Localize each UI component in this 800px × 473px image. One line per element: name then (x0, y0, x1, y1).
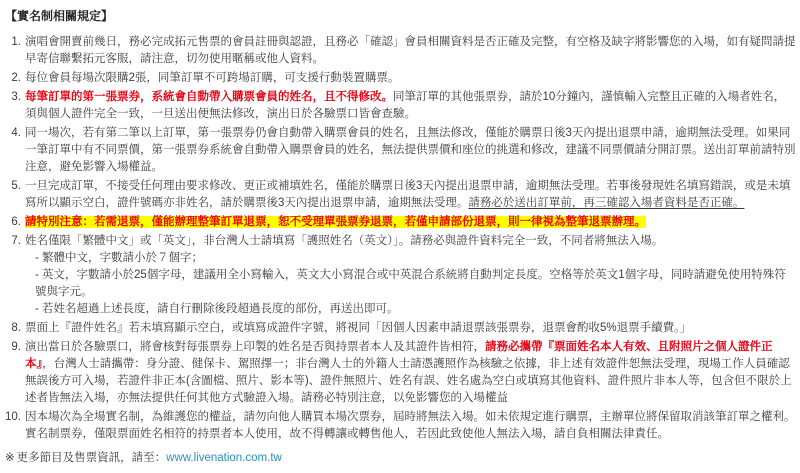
sub-list-item: - 英文，字數請小於25個字母，建議用全小寫輸入，英文大小寫混合或中英混合系統將… (25, 267, 796, 301)
text-segment-normal: ，台灣人士請攜帶：身分證、健保卡、駕照擇一；非台灣人士的外籍人士請憑護照作為核驗… (25, 358, 792, 404)
text-segment-highlight: 請特別注意：若需退票，僅能辦理整筆訂單退票，恕不受理單張票券退票，若僅申請部份退… (25, 216, 646, 228)
text-segment-normal: 因本場次為全場實名制，為維護您的權益，請勿向他人購買本場次票券，屆時將無法入場。… (25, 411, 796, 440)
footer-note: ※ 更多節目及售票資訊，請至：www.livenation.com.tw (5, 450, 796, 467)
list-item: 5.一旦完成訂單，不接受任何理由要求修改、更正或補填姓名，僅能於購票日後3天內提… (5, 178, 796, 212)
item-text: 同一場次，若有第二筆以上訂單，第一張票券仍會自動帶入購票會員的姓名，且無法修改，… (25, 125, 796, 176)
text-segment-normal: 同一場次，若有第二筆以上訂單，第一張票券仍會自動帶入購票會員的姓名，且無法修改，… (25, 127, 796, 173)
rules-list: 1.演唱會開賣前幾日，務必完成拓元售票的會員註冊與認證，且務必「確認」會員相關資… (5, 34, 796, 443)
text-segment-normal: 每位會員每場次限購2張，同筆訂單不可跨場訂購，可支援行動裝置購票。 (25, 72, 399, 84)
list-item: 6.請特別注意：若需退票，僅能辦理整筆訂單退票，恕不受理單張票券退票，若僅申請部… (5, 214, 796, 231)
sub-list-item: - 繁體中文，字數請小於７個字； (25, 250, 796, 267)
regulations-page: 【實名制相關規定】 1.演唱會開賣前幾日，務必完成拓元售票的會員註冊與認證，且務… (0, 0, 800, 473)
list-item: 10.因本場次為全場實名制，為維護您的權益，請勿向他人購買本場次票券，屆時將無法… (5, 409, 796, 443)
item-text: 姓名僅限「繁體中文」或「英文」，非台灣人士請填寫「護照姓名（英文）」。請務必與證… (25, 233, 796, 318)
item-text: 每位會員每場次限購2張，同筆訂單不可跨場訂購，可支援行動裝置購票。 (25, 70, 796, 87)
list-item: 2.每位會員每場次限購2張，同筆訂單不可跨場訂購，可支援行動裝置購票。 (5, 70, 796, 87)
footer-text: 更多節目及售票資訊，請至：www.livenation.com.tw (17, 450, 282, 467)
item-number: 4. (5, 125, 21, 142)
text-segment-underline: 請務必於送出訂單前，再三確認入場者資料是否正確。 (468, 197, 744, 209)
list-item: 9.演出當日於各驗票口，將會核對每張票券上印製的姓名是否與持票者本人及其證件皆相… (5, 339, 796, 407)
item-number: 5. (5, 178, 21, 195)
text-segment-normal: 姓名僅限「繁體中文」或「英文」，非台灣人士請填寫「護照姓名（英文）」。請務必與證… (25, 235, 663, 247)
item-text: 演唱會開賣前幾日，務必完成拓元售票的會員註冊與認證，且務必「確認」會員相關資料是… (25, 34, 796, 68)
item-number: 9. (5, 339, 21, 356)
text-segment-normal: 票面上『證件姓名』若未填寫顯示空白，或填寫成證件字號，將視同「因個人因素申請退票… (25, 322, 691, 334)
item-text: 請特別注意：若需退票，僅能辦理整筆訂單退票，恕不受理單張票券退票，若僅申請部份退… (25, 214, 796, 231)
item-number: 6. (5, 214, 21, 231)
item-number: 2. (5, 70, 21, 87)
text-segment-red: 每筆訂單的第一張票券，系統會自動帶入購票會員的姓名，且不得修改。 (25, 91, 393, 103)
sub-list-item: - 若姓名超過上述長度，請自行刪除後段超過長度的部份，再送出即可。 (25, 301, 796, 318)
item-number: 7. (5, 233, 21, 250)
list-item: 4.同一場次，若有第二筆以上訂單，第一張票券仍會自動帶入購票會員的姓名，且無法修… (5, 125, 796, 176)
item-text: 票面上『證件姓名』若未填寫顯示空白，或填寫成證件字號，將視同「因個人因素申請退票… (25, 320, 796, 337)
item-text: 每筆訂單的第一張票券，系統會自動帶入購票會員的姓名，且不得修改。同筆訂單的其他張… (25, 89, 796, 123)
item-number: 8. (5, 320, 21, 337)
text-segment-normal: 演唱會開賣前幾日，務必完成拓元售票的會員註冊與認證，且務必「確認」會員相關資料是… (25, 36, 796, 65)
list-item: 3.每筆訂單的第一張票券，系統會自動帶入購票會員的姓名，且不得修改。同筆訂單的其… (5, 89, 796, 123)
reference-mark: ※ (5, 450, 15, 467)
list-item: 7.姓名僅限「繁體中文」或「英文」，非台灣人士請填寫「護照姓名（英文）」。請務必… (5, 233, 796, 318)
text-segment-normal: 演出當日於各驗票口，將會核對每張票券上印製的姓名是否與持票者本人及其證件皆相符， (25, 341, 485, 353)
item-number: 3. (5, 89, 21, 106)
item-text: 一旦完成訂單，不接受任何理由要求修改、更正或補填姓名，僅能於購票日後3天內提出退… (25, 178, 796, 212)
livenation-link[interactable]: www.livenation.com.tw (166, 452, 282, 464)
item-number: 10. (5, 409, 21, 426)
page-title: 【實名制相關規定】 (5, 8, 796, 25)
footer-prefix: 更多節目及售票資訊，請至： (17, 452, 167, 464)
item-text: 演出當日於各驗票口，將會核對每張票券上印製的姓名是否與持票者本人及其證件皆相符，… (25, 339, 796, 407)
item-number: 1. (5, 34, 21, 51)
list-item: 8.票面上『證件姓名』若未填寫顯示空白，或填寫成證件字號，將視同「因個人因素申請… (5, 320, 796, 337)
item-text: 因本場次為全場實名制，為維護您的權益，請勿向他人購買本場次票券，屆時將無法入場。… (25, 409, 796, 443)
list-item: 1.演唱會開賣前幾日，務必完成拓元售票的會員註冊與認證，且務必「確認」會員相關資… (5, 34, 796, 68)
